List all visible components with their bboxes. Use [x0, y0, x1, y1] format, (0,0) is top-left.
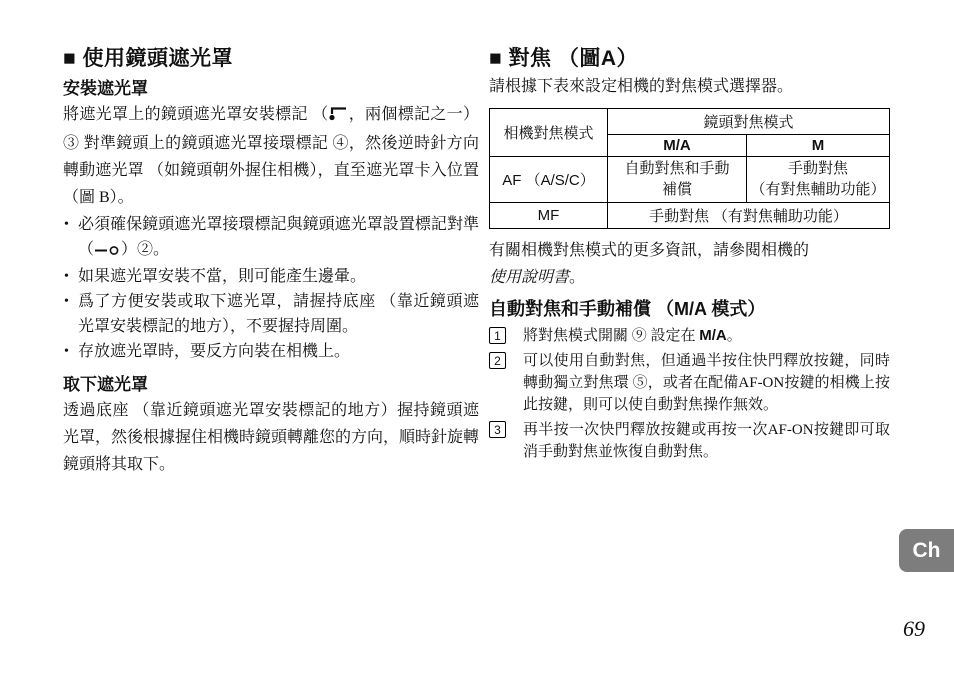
- step-1: 1 將對焦模式開關 ⑨ 設定在 M/A。: [489, 325, 890, 347]
- ma-mode-steps: 1 將對焦模式開關 ⑨ 設定在 M/A。 2 可以使用自動對焦，但通過半按住快門…: [489, 325, 890, 463]
- attach-hood-bullets: 必須確保鏡頭遮光罩接環標記與鏡頭遮光罩設置標記對準 （）②。 如果遮光罩安裝不當…: [63, 212, 479, 364]
- table-row-mf: MF 手動對焦 （有對焦輔助功能）: [490, 203, 890, 229]
- table-row-af: AF （A/S/C） 自動對焦和手動 補償 手動對焦 （有對焦輔助功能）: [490, 157, 890, 203]
- step-3-text: 再半按一次快門釋放按鍵或再按一次AF-ON按鍵即可取消手動對焦並恢復自動對焦。: [523, 422, 890, 460]
- step-1-text-post: 。: [727, 328, 742, 344]
- lens-focus-mode-header-cell: 鏡頭對焦模式: [608, 109, 890, 135]
- step-1-ma-bold: M/A: [699, 327, 727, 344]
- mf-mode-label-cell: MF: [490, 203, 608, 229]
- bullet-vignetting: 如果遮光罩安裝不當，則可能產生邊暈。: [63, 264, 479, 289]
- left-column: ■ 使用鏡頭遮光罩 安裝遮光罩 將遮光罩上的鏡頭遮光罩安裝標記 （，兩個標記之一…: [63, 44, 479, 478]
- step-2: 2 可以使用自動對焦，但通過半按住快門釋放按鍵，同時轉動獨立對焦環 ⑤，或者在配…: [489, 350, 890, 416]
- camera-manual-note: 有關相機對焦模式的更多資訊，請參閱相機的使用說明書。: [489, 237, 890, 291]
- bullet1-post: ）②。: [121, 241, 169, 258]
- step-3: 3 再半按一次快門釋放按鍵或再按一次AF-ON按鍵即可取消手動對焦並恢復自動對焦…: [489, 419, 890, 463]
- section-heading-lens-hood: ■ 使用鏡頭遮光罩: [63, 44, 479, 74]
- bullet-hold-base: 爲了方便安裝或取下遮光罩，請握持底座 （靠近鏡頭遮光罩安裝標記的地方），不要握持…: [63, 289, 479, 339]
- af-ma-value-cell: 自動對焦和手動 補償: [608, 157, 747, 203]
- subheading-ma-mode: 自動對焦和手動補償 （M/A 模式）: [489, 297, 890, 322]
- column-header-m: M: [747, 135, 890, 157]
- note-manual-title: 使用說明書: [489, 269, 569, 286]
- attach-text-pre: 將遮光罩上的鏡頭遮光罩安裝標記 （: [63, 106, 328, 123]
- bullet-storage: 存放遮光罩時，要反方向裝在相機上。: [63, 339, 479, 364]
- bullet-align-mark: 必須確保鏡頭遮光罩接環標記與鏡頭遮光罩設置標記對準 （）②。: [63, 212, 479, 264]
- mf-value-cell: 手動對焦 （有對焦輔助功能）: [608, 203, 890, 229]
- language-tab-ch: Ch: [899, 529, 954, 572]
- detach-hood-paragraph: 透過底座 （靠近鏡頭遮光罩安裝標記的地方）握持鏡頭遮光罩，然後根據握住相機時鏡頭…: [63, 397, 479, 478]
- af-mode-label-cell: AF （A/S/C）: [490, 157, 608, 203]
- column-header-ma: M/A: [608, 135, 747, 157]
- attach-hood-paragraph: 將遮光罩上的鏡頭遮光罩安裝標記 （，兩個標記之一） ③ 對準鏡頭上的鏡頭遮光罩接…: [63, 101, 479, 211]
- hood-set-mark-icon: [94, 239, 121, 264]
- page-number: 69: [903, 616, 925, 642]
- manual-page: ■ 使用鏡頭遮光罩 安裝遮光罩 將遮光罩上的鏡頭遮光罩安裝標記 （，兩個標記之一…: [0, 0, 954, 677]
- focus-intro-text: 請根據下表來設定相機的對焦模式選擇器。: [489, 74, 890, 100]
- step-1-number-box: 1: [489, 327, 506, 344]
- af-m-value-cell: 手動對焦 （有對焦輔助功能）: [747, 157, 890, 203]
- note-post: 。: [569, 269, 585, 286]
- section-heading-focus: ■ 對焦 （圖A）: [489, 44, 890, 74]
- camera-focus-mode-header-cell: 相機對焦模式: [490, 109, 608, 157]
- hood-alignment-mark-icon: [328, 103, 348, 130]
- right-column: ■ 對焦 （圖A） 請根據下表來設定相機的對焦模式選擇器。 相機對焦模式 鏡頭對…: [489, 44, 890, 466]
- step-3-number-box: 3: [489, 421, 506, 438]
- step-2-text: 可以使用自動對焦，但通過半按住快門釋放按鍵，同時轉動獨立對焦環 ⑤，或者在配備A…: [523, 353, 890, 413]
- step-1-text-pre: 將對焦模式開關 ⑨ 設定在: [523, 328, 699, 344]
- subheading-attach-hood: 安裝遮光罩: [63, 77, 479, 101]
- subheading-detach-hood: 取下遮光罩: [63, 373, 479, 397]
- step-2-number-box: 2: [489, 352, 506, 369]
- note-pre: 有關相機對焦模式的更多資訊，請參閱相機的: [489, 242, 809, 259]
- focus-mode-table: 相機對焦模式 鏡頭對焦模式 M/A M AF （A/S/C） 自動對焦和手動 補…: [489, 108, 890, 229]
